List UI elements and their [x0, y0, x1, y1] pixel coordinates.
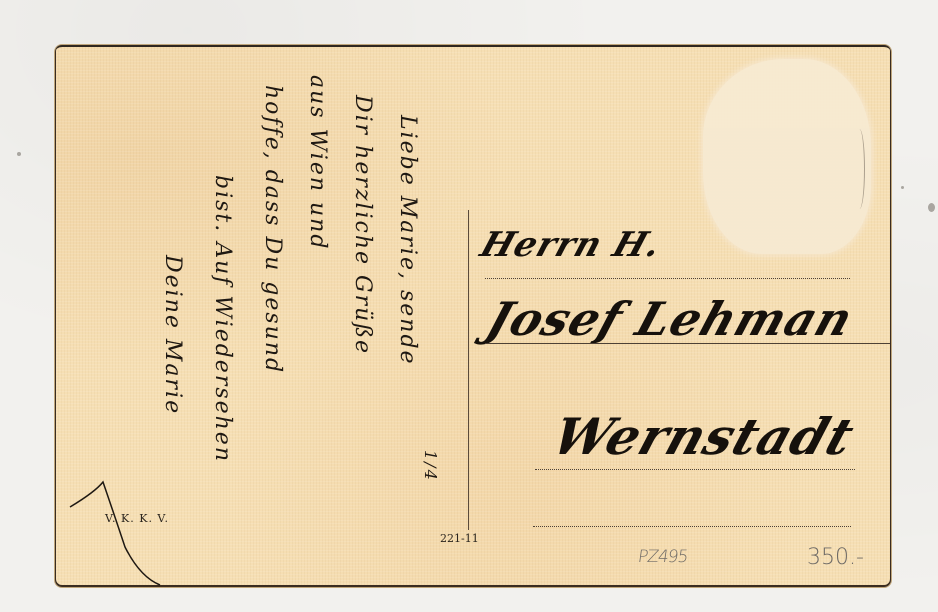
address-line-3 [535, 469, 855, 470]
message-date: 1/4 [421, 450, 440, 482]
dust-speck [17, 152, 21, 156]
removed-stamp-area [703, 59, 871, 254]
message-line: Dir herzliche Grüße [350, 95, 375, 355]
address-divider [468, 210, 469, 530]
pencil-price: 350.- [807, 545, 864, 570]
address-line-2 [485, 343, 890, 344]
message-line: aus Wien und [305, 75, 330, 250]
message-line: hoffe, dass Du gesund [260, 85, 285, 374]
address-line-4 [533, 526, 851, 527]
address-line-1 [485, 278, 850, 279]
message-line: Deine Marie [160, 255, 185, 415]
postcard: Liebe Marie, sende Dir herzliche Grüße a… [55, 45, 891, 587]
pencil-inventory-number: PZ495 [637, 547, 689, 567]
address-salutation: Herrn H. [476, 225, 667, 265]
address-name: Josef Lehman [480, 292, 860, 346]
message-line: Liebe Marie, sende [395, 115, 420, 366]
message-line: bist. Auf Wiedersehen [210, 175, 235, 463]
card-code: 221-11 [440, 532, 479, 545]
address-place: Wernstadt [545, 407, 861, 466]
signature-flourish [65, 477, 185, 587]
publisher-mark: V. K. K. V. [105, 512, 169, 525]
dust-speck [928, 203, 935, 212]
dust-speck [901, 186, 904, 189]
